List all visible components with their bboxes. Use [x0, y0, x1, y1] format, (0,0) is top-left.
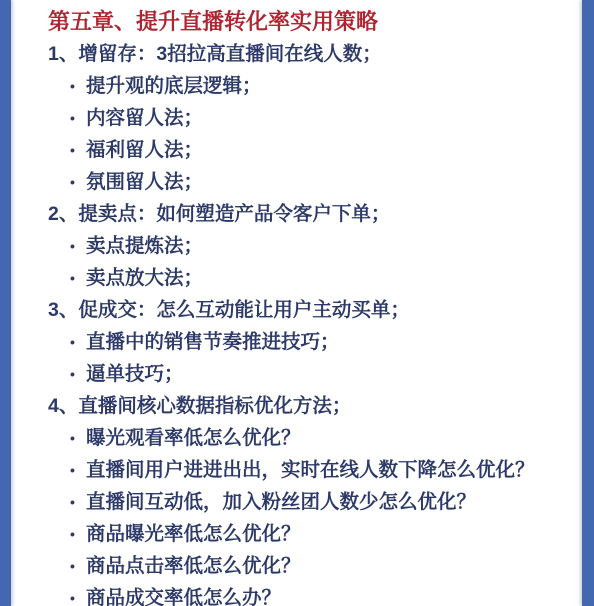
- outline-bullet-item: •商品成交率低怎么办？: [48, 582, 574, 606]
- outline-numbered-item: 1、增留存：3招拉高直播间在线人数；: [48, 38, 574, 70]
- outline-bullet-item: •卖点放大法；: [48, 262, 574, 294]
- outline-item-text: 内容留人法；: [86, 107, 203, 129]
- outline-numbered-item: 3、促成交：怎么互动能让用户主动买单；: [48, 294, 574, 326]
- bullet-dot-icon: •: [70, 326, 86, 358]
- bullet-dot-icon: •: [70, 454, 86, 486]
- outline-numbered-item: 4、直播间核心数据指标优化方法；: [48, 390, 574, 422]
- outline-bullet-item: •提升观的底层逻辑；: [48, 70, 574, 102]
- bullet-dot-icon: •: [70, 134, 86, 166]
- bullet-dot-icon: •: [70, 262, 86, 294]
- outline-item-text: 逼单技巧；: [86, 363, 184, 385]
- outline-item-text: 卖点放大法；: [86, 267, 203, 289]
- bullet-dot-icon: •: [70, 422, 86, 454]
- bullet-dot-icon: •: [70, 550, 86, 582]
- outline-item-text: 直播中的销售节奏推进技巧；: [86, 331, 340, 353]
- outline-item-text: 曝光观看率低怎么优化？: [86, 427, 301, 449]
- outline-item-text: 商品点击率低怎么优化？: [86, 555, 301, 577]
- outline-item-text: 商品曝光率低怎么优化？: [86, 523, 301, 545]
- outline-item-text: 1、增留存：3招拉高直播间在线人数；: [48, 43, 382, 65]
- outline-item-text: 4、直播间核心数据指标优化方法；: [48, 395, 351, 417]
- outline-bullet-item: •福利留人法；: [48, 134, 574, 166]
- outline-bullet-item: •氛围留人法；: [48, 166, 574, 198]
- outline-item-text: 商品成交率低怎么办？: [86, 587, 281, 606]
- bullet-dot-icon: •: [70, 230, 86, 262]
- outline-numbered-item: 2、提卖点：如何塑造产品令客户下单；: [48, 198, 574, 230]
- bullet-dot-icon: •: [70, 358, 86, 390]
- outline-item-text: 2、提卖点：如何塑造产品令客户下单；: [48, 203, 390, 225]
- outline-item-text: 氛围留人法；: [86, 171, 203, 193]
- outline-list: 1、增留存：3招拉高直播间在线人数；•提升观的底层逻辑；•内容留人法；•福利留人…: [48, 38, 574, 606]
- bullet-dot-icon: •: [70, 70, 86, 102]
- outline-item-text: 提升观的底层逻辑；: [86, 75, 262, 97]
- outline-bullet-item: •曝光观看率低怎么优化？: [48, 422, 574, 454]
- outline-bullet-item: •逼单技巧；: [48, 358, 574, 390]
- right-border: [582, 0, 594, 606]
- outline-bullet-item: •商品点击率低怎么优化？: [48, 550, 574, 582]
- bullet-dot-icon: •: [70, 582, 86, 606]
- bullet-dot-icon: •: [70, 518, 86, 550]
- outline-bullet-item: •直播间用户进进出出，实时在线人数下降怎么优化？: [48, 454, 574, 486]
- outline-item-text: 卖点提炼法；: [86, 235, 203, 257]
- bullet-dot-icon: •: [70, 486, 86, 518]
- left-border: [0, 0, 11, 606]
- chapter-outline: 第五章、提升直播转化率实用策略 1、增留存：3招拉高直播间在线人数；•提升观的底…: [48, 6, 574, 606]
- outline-bullet-item: •卖点提炼法；: [48, 230, 574, 262]
- outline-bullet-item: •直播间互动低，加入粉丝团人数少怎么优化？: [48, 486, 574, 518]
- outline-bullet-item: •直播中的销售节奏推进技巧；: [48, 326, 574, 358]
- outline-card: 第五章、提升直播转化率实用策略 1、增留存：3招拉高直播间在线人数；•提升观的底…: [0, 0, 594, 606]
- bullet-dot-icon: •: [70, 102, 86, 134]
- outline-item-text: 直播间互动低，加入粉丝团人数少怎么优化？: [86, 491, 476, 513]
- outline-item-text: 福利留人法；: [86, 139, 203, 161]
- bullet-dot-icon: •: [70, 166, 86, 198]
- outline-item-text: 直播间用户进进出出，实时在线人数下降怎么优化？: [86, 459, 535, 481]
- outline-bullet-item: •内容留人法；: [48, 102, 574, 134]
- chapter-title: 第五章、提升直播转化率实用策略: [48, 6, 574, 38]
- outline-item-text: 3、促成交：怎么互动能让用户主动买单；: [48, 299, 410, 321]
- outline-bullet-item: •商品曝光率低怎么优化？: [48, 518, 574, 550]
